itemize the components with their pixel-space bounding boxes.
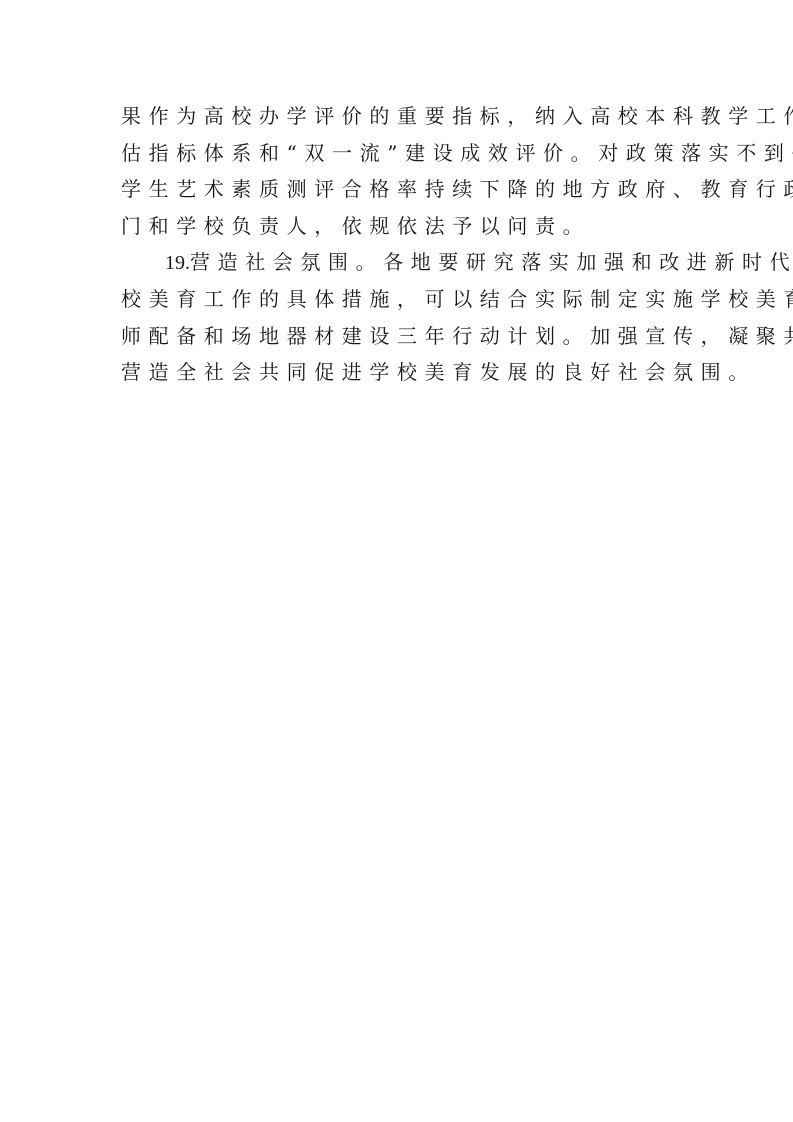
item-number: 19.: [165, 252, 190, 274]
paragraph-19: 19.营造社会氛围。各地要研究落实加强和改进新时代学 校美育工作的具体措施，可以…: [121, 244, 681, 390]
document-page: 果作为高校办学评价的重要指标，纳入高校本科教学工作评 估指标体系和“双一流”建设…: [0, 0, 793, 1122]
text-line: 师配备和场地器材建设三年行动计划。加强宣传，凝聚共识，: [121, 318, 681, 355]
text-line: 校美育工作的具体措施，可以结合实际制定实施学校美育教: [121, 281, 681, 318]
text-line: 营造全社会共同促进学校美育发展的良好社会氛围。: [121, 354, 681, 391]
text-line: 学生艺术素质测评合格率持续下降的地方政府、教育行政部: [121, 171, 681, 208]
text-line-first: 19.营造社会氛围。各地要研究落实加强和改进新时代学: [121, 244, 681, 281]
item-heading-text: 营造社会氛围。各地要研究落实加强和改进新时代学: [190, 250, 793, 274]
text-line: 果作为高校办学评价的重要指标，纳入高校本科教学工作评: [121, 98, 681, 135]
document-body: 果作为高校办学评价的重要指标，纳入高校本科教学工作评 估指标体系和“双一流”建设…: [121, 98, 681, 391]
text-line: 门和学校负责人，依规依法予以问责。: [121, 208, 681, 245]
paragraph-continued: 果作为高校办学评价的重要指标，纳入高校本科教学工作评 估指标体系和“双一流”建设…: [121, 98, 681, 244]
text-line: 估指标体系和“双一流”建设成效评价。对政策落实不到位、: [121, 135, 681, 172]
